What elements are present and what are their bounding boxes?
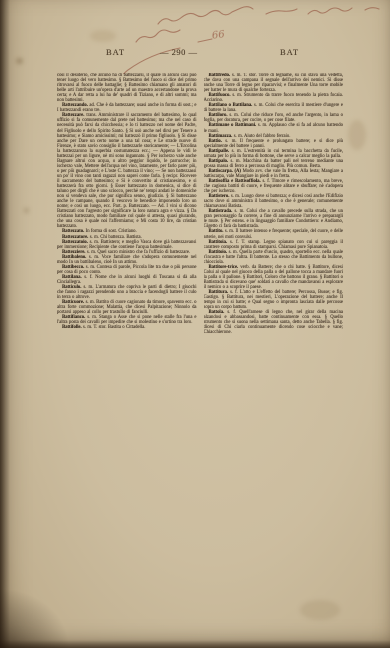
- entry-body: trans. Amministrare il sacramento del ba…: [57, 113, 197, 229]
- entry-body: s. m. Il frequente e prolungato battere;…: [204, 139, 344, 149]
- dictionary-entry: Battifianco. s. m. Stanga o Asse che si …: [57, 315, 197, 325]
- dictionary-entry: Battifolle. s. m. T. stor. Bastita o Cit…: [57, 325, 197, 330]
- dictionary-entry: Battitura. s. f. L'atto e L'effetto del …: [204, 290, 344, 310]
- entry-body: s. m. Il battere intenso e frequente; sp…: [204, 229, 344, 239]
- dictionary-entry: Battitore-trice. verb. da Battere; che o…: [204, 265, 344, 290]
- page-left-dark-edge: [0, 0, 10, 648]
- dictionary-entry: Battitoio. s. m. Quella parte d'uscio, q…: [204, 250, 344, 265]
- handwritten-number: 66: [211, 29, 225, 41]
- dictionary-entry: Battilano o Battilana. s. m. Colui che e…: [204, 103, 344, 113]
- dictionary-entry: Battistrada. s. m. Colui che a cavallo p…: [204, 209, 344, 229]
- paper-stain: [300, 600, 340, 620]
- dictionary-entry: Battimane o Battimani. s. m. Applauso ch…: [204, 123, 344, 133]
- dictionary-entry: Battola. s. f. Quell'arnese di legno che…: [204, 310, 344, 335]
- dictionary-entry: Battezzatoio. s. m. Battistero; e meglio…: [57, 240, 197, 250]
- dictionary-entry: Battiscarpa. (A) Modo avv. che vale In f…: [204, 169, 344, 179]
- dictionary-entry: Battipalo. s. m. Macchina da batter pali…: [204, 159, 344, 169]
- dictionary-entry: Batticulo. s. m. L'armatura che copriva …: [57, 285, 197, 300]
- scanned-dictionary-page: 66 BAT — 290 — BAT così il desiderio, ch…: [0, 0, 390, 648]
- dictionary-entry: Battilana. s. f. Nome che in alcuni luog…: [57, 275, 197, 285]
- dictionary-entry: Battiloro. s. m. Colui che riduce l'oro,…: [204, 113, 344, 123]
- header-word-left: BAT: [106, 47, 125, 57]
- entry-body: s. m. T. stor. Bastita o Cittadella.: [82, 325, 146, 330]
- handwritten-annotation: 66: [80, 2, 390, 74]
- paper-stain: [24, 208, 29, 213]
- entry-body: s. f. Quell'arnese di legno che, nel gir…: [204, 310, 344, 335]
- page-number: — 290 —: [160, 47, 198, 57]
- dictionary-entry: Battibaleno. s. m. Voce familiare che s'…: [57, 255, 197, 265]
- dictionary-entry: Battisoffia e Battisoffiola. s. f. Timor…: [204, 179, 344, 194]
- dictionary-entry: Battibecco. s. m. Contesa di parole, Pic…: [57, 265, 197, 275]
- dictionary-entry: Battifuoco. s. m. Strumento da trarre fu…: [204, 93, 344, 103]
- dictionary-entry: Battifredo. s. m. T. stor. Torre di legn…: [204, 73, 344, 93]
- paper-stain: [90, 30, 116, 42]
- left-column: così il desiderio, che alcuno ha di batt…: [57, 73, 197, 561]
- right-column: Battifredo. s. m. T. stor. Torre di legn…: [204, 73, 344, 561]
- dictionary-entry: Battezzare. trans. Amministrare il sacra…: [57, 113, 197, 229]
- page-corner-shadow: [0, 588, 70, 648]
- dictionary-entry: così il desiderio, che alcuno ha di batt…: [57, 73, 197, 103]
- dictionary-entry: Battito. s. m. Il battere intenso e freq…: [204, 229, 344, 239]
- header-word-right: BAT: [280, 47, 299, 57]
- dictionary-entry: Battipalle. s. m. L'estremità in cui ter…: [204, 149, 344, 159]
- dictionary-entry: Batticuore. s. m. Battito di cuore cagio…: [57, 300, 197, 315]
- dictionary-entry: Battitoia. s. f. T. stamp. Legno spianat…: [204, 240, 344, 250]
- dictionary-entry: Battio. s. m. Il frequente e prolungato …: [204, 139, 344, 149]
- handwriting-strokes: [80, 2, 390, 74]
- running-header: BAT — 290 — BAT: [0, 47, 390, 59]
- dictionary-entry: Battistero. s. m. Luogo dove si battezza…: [204, 194, 344, 209]
- paper-stain: [348, 120, 366, 150]
- dictionary-entry: Battezzando. ad. Che è da battezzare; us…: [57, 103, 197, 113]
- entry-headword: Battifolle.: [62, 325, 82, 330]
- entry-body: così il desiderio, che alcuno ha di batt…: [57, 73, 197, 103]
- dictionary-text: così il desiderio, che alcuno ha di batt…: [57, 73, 343, 561]
